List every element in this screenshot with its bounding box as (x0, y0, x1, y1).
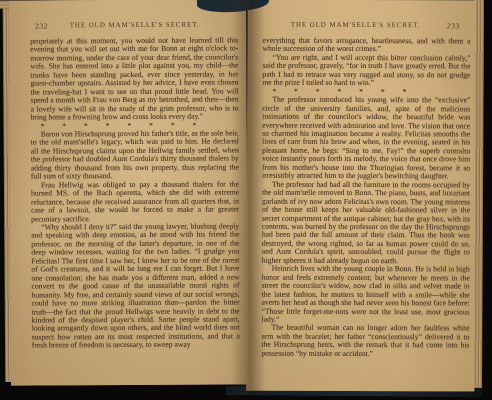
paragraph: propriately at this moment, you would no… (30, 36, 238, 122)
running-title: THE OLD MAM'SELLE'S SECRET. (248, 21, 476, 30)
left-page-header: 232 THE OLD MAM'SELLE'S SECRET. (9, 20, 246, 31)
paragraph: “You are right, and I will accept this b… (262, 54, 470, 89)
page-number: 233 (447, 21, 460, 30)
right-page-body: everything that favors arrogance, heartl… (261, 37, 470, 359)
left-page: 232 THE OLD MAM'SELLE'S SECRET. propriat… (9, 0, 248, 386)
paragraph: “Why should I deny it?” said the young l… (31, 222, 240, 350)
left-page-body: propriately at this moment, you would no… (30, 36, 240, 350)
paragraph: The professor had had all the furniture … (262, 180, 470, 265)
right-page: THE OLD MAM'SELLE'S SECRET. 233 everythi… (246, 0, 475, 391)
paragraph: Frau Hellwig was obliged to pay a thousa… (31, 180, 239, 223)
paragraph: The professor introduced his young wife … (262, 96, 470, 181)
paragraph: Baron von Hirschsprung proved his father… (31, 129, 239, 181)
book-photo: 232 THE OLD MAM'SELLE'S SECRET. propriat… (0, 0, 492, 400)
running-title: THE OLD MAM'SELLE'S SECRET. (9, 20, 246, 29)
paragraph: Heinrich lives with the young couple in … (262, 265, 470, 325)
right-page-header: THE OLD MAM'SELLE'S SECRET. 233 (248, 21, 476, 32)
paragraph: The beautiful woman can no longer adorn … (261, 324, 469, 359)
paragraph: everything that favors arrogance, heartl… (262, 37, 470, 55)
